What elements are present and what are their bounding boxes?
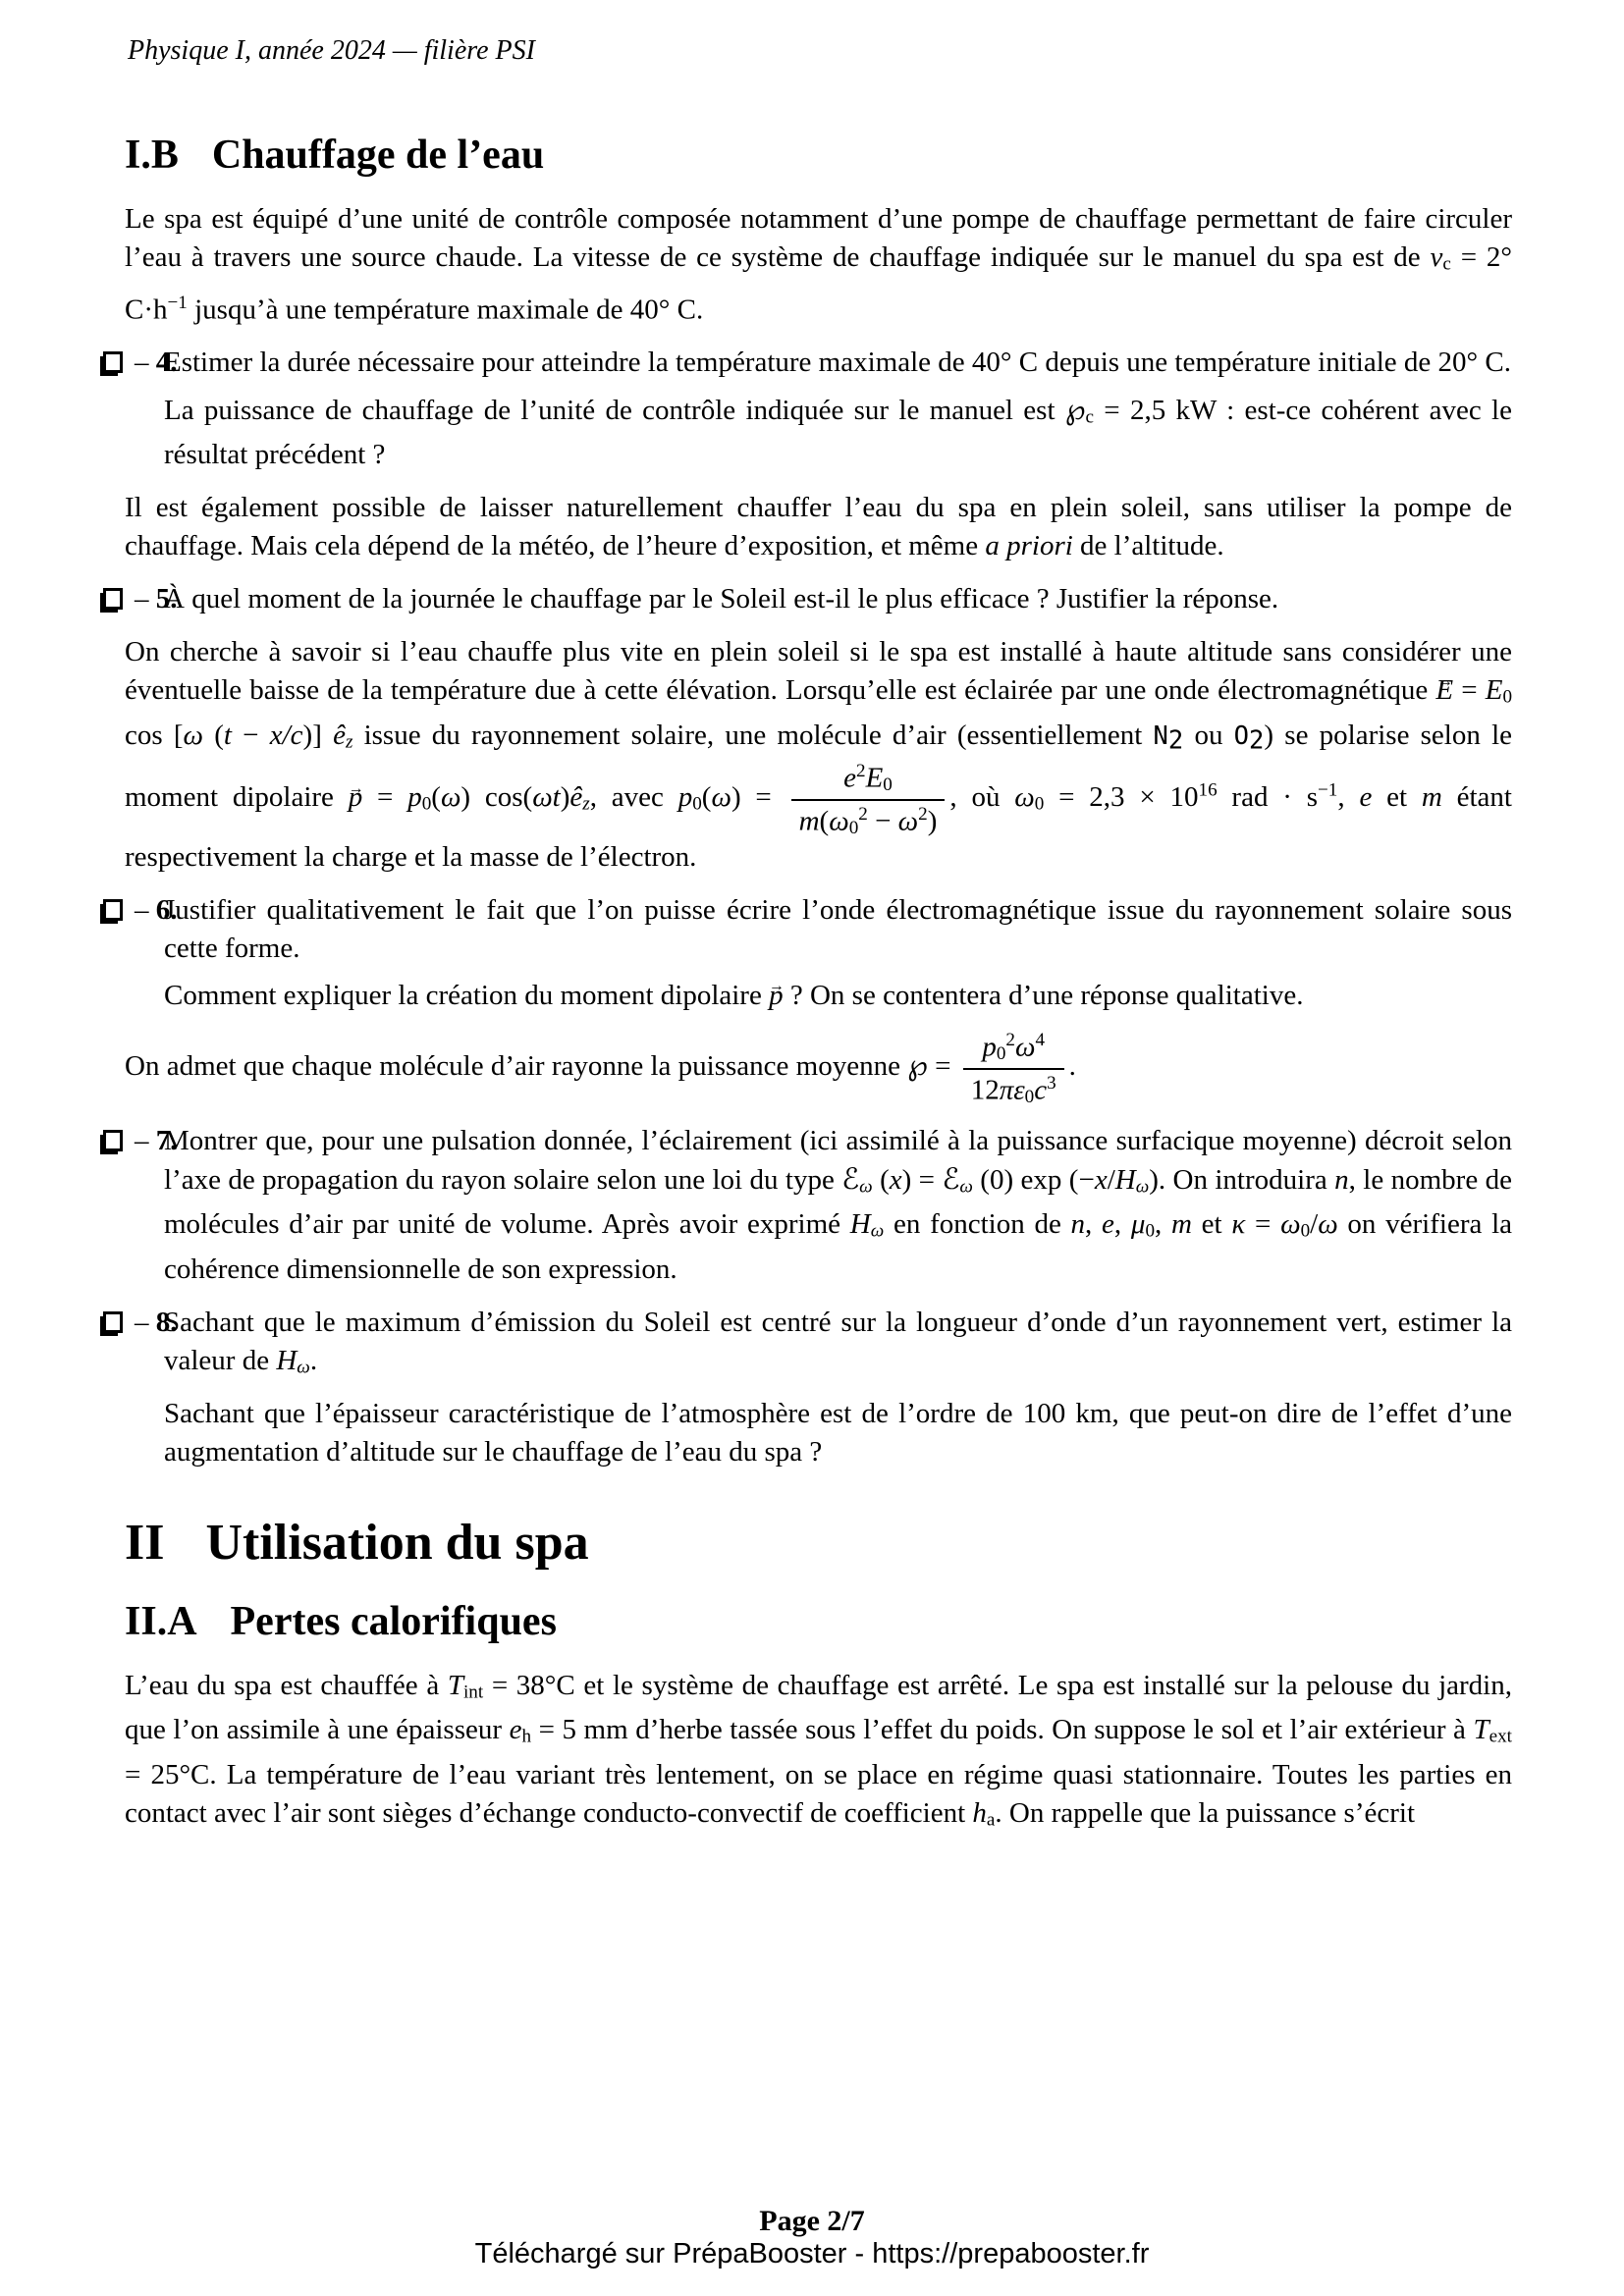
question-dash: – [135, 1307, 156, 1338]
question-paragraph: Montrer que, pour une pulsation donnée, … [164, 1122, 1512, 1289]
question-paragraph: Justifier qualitativement le fait que l’… [164, 891, 1512, 968]
fraction: e2E0m(ω02 − ω2) [791, 761, 946, 838]
section-heading-II.A: II.APertes calorifiques [125, 1600, 1512, 1643]
download-note: Téléchargé sur PrépaBooster - https://pr… [0, 2237, 1624, 2270]
question-6: – 6.Justifier qualitativement le fait qu… [125, 891, 1512, 1015]
document-body: I.BChauffage de l’eauLe spa est équipé d… [125, 0, 1512, 1839]
question-7: – 7.Montrer que, pour une pulsation donn… [125, 1122, 1512, 1289]
page-footer: Page 2/7 Téléchargé sur PrépaBooster - h… [0, 2205, 1624, 2270]
section-title: Chauffage de l’eau [212, 133, 544, 178]
section-number: II [125, 1517, 164, 1571]
checkbox-icon [103, 1311, 123, 1333]
running-header: Physique I, année 2024 — filière PSI [128, 35, 535, 67]
section-number: I.B [125, 133, 179, 177]
question-number: 6. [156, 894, 178, 926]
section-title: Utilisation du spa [205, 1515, 588, 1571]
fraction: p02ω412πε0c3 [963, 1030, 1064, 1107]
checkbox-icon [103, 588, 123, 610]
question-paragraph: Sachant que l’épaisseur caractéristique … [164, 1395, 1512, 1471]
question-marker: – 6. [103, 891, 178, 930]
checkbox-icon [103, 899, 123, 921]
checkbox-icon [103, 1130, 123, 1151]
section-number: II.A [125, 1600, 197, 1643]
question-paragraph: Estimer la durée nécessaire pour atteind… [164, 344, 1512, 382]
checkbox-icon [103, 351, 123, 373]
question-marker: – 8. [103, 1304, 178, 1342]
question-marker: – 7. [103, 1122, 178, 1160]
question-number: 7. [156, 1125, 178, 1156]
download-note-text: Téléchargé sur PrépaBooster - [475, 2238, 873, 2269]
question-paragraph: Sachant que le maximum d’émission du Sol… [164, 1304, 1512, 1386]
question-dash: – [135, 894, 156, 926]
document-page: Physique I, année 2024 — filière PSI I.B… [0, 0, 1624, 2296]
question-marker: – 5. [103, 580, 178, 618]
question-paragraph: La puissance de chauffage de l’unité de … [164, 391, 1512, 474]
section-title: Pertes calorifiques [231, 1599, 557, 1644]
download-note-link[interactable]: https://prepabooster.fr [872, 2238, 1149, 2269]
vector-notation: p [349, 778, 363, 817]
page-number: Page 2/7 [0, 2205, 1624, 2237]
question-5: – 5.À quel moment de la journée le chauf… [125, 580, 1512, 618]
question-marker: – 4. [103, 344, 178, 382]
paragraph: Le spa est équipé d’une unité de contrôl… [125, 200, 1512, 329]
paragraph: On cherche à savoir si l’eau chauffe plu… [125, 633, 1512, 877]
question-8: – 8.Sachant que le maximum d’émission du… [125, 1304, 1512, 1471]
question-paragraph: Comment expliquer la création du moment … [164, 977, 1512, 1015]
question-dash: – [135, 347, 156, 378]
section-heading-I.B: I.BChauffage de l’eau [125, 133, 1512, 177]
question-number: 4. [156, 347, 178, 378]
paragraph: L’eau du spa est chauffée à Tint = 38°C … [125, 1667, 1512, 1839]
section-heading-II: IIUtilisation du spa [125, 1517, 1512, 1571]
question-paragraph: À quel moment de la journée le chauffage… [164, 580, 1512, 618]
question-number: 5. [156, 583, 178, 614]
paragraph: Il est également possible de laisser nat… [125, 489, 1512, 565]
question-number: 8. [156, 1307, 178, 1338]
vector-notation: E [1435, 671, 1453, 710]
question-4: – 4.Estimer la durée nécessaire pour att… [125, 344, 1512, 474]
question-dash: – [135, 583, 156, 614]
question-dash: – [135, 1125, 156, 1156]
paragraph: On admet que chaque molécule d’air rayon… [125, 1030, 1512, 1107]
vector-notation: p [769, 977, 784, 1015]
